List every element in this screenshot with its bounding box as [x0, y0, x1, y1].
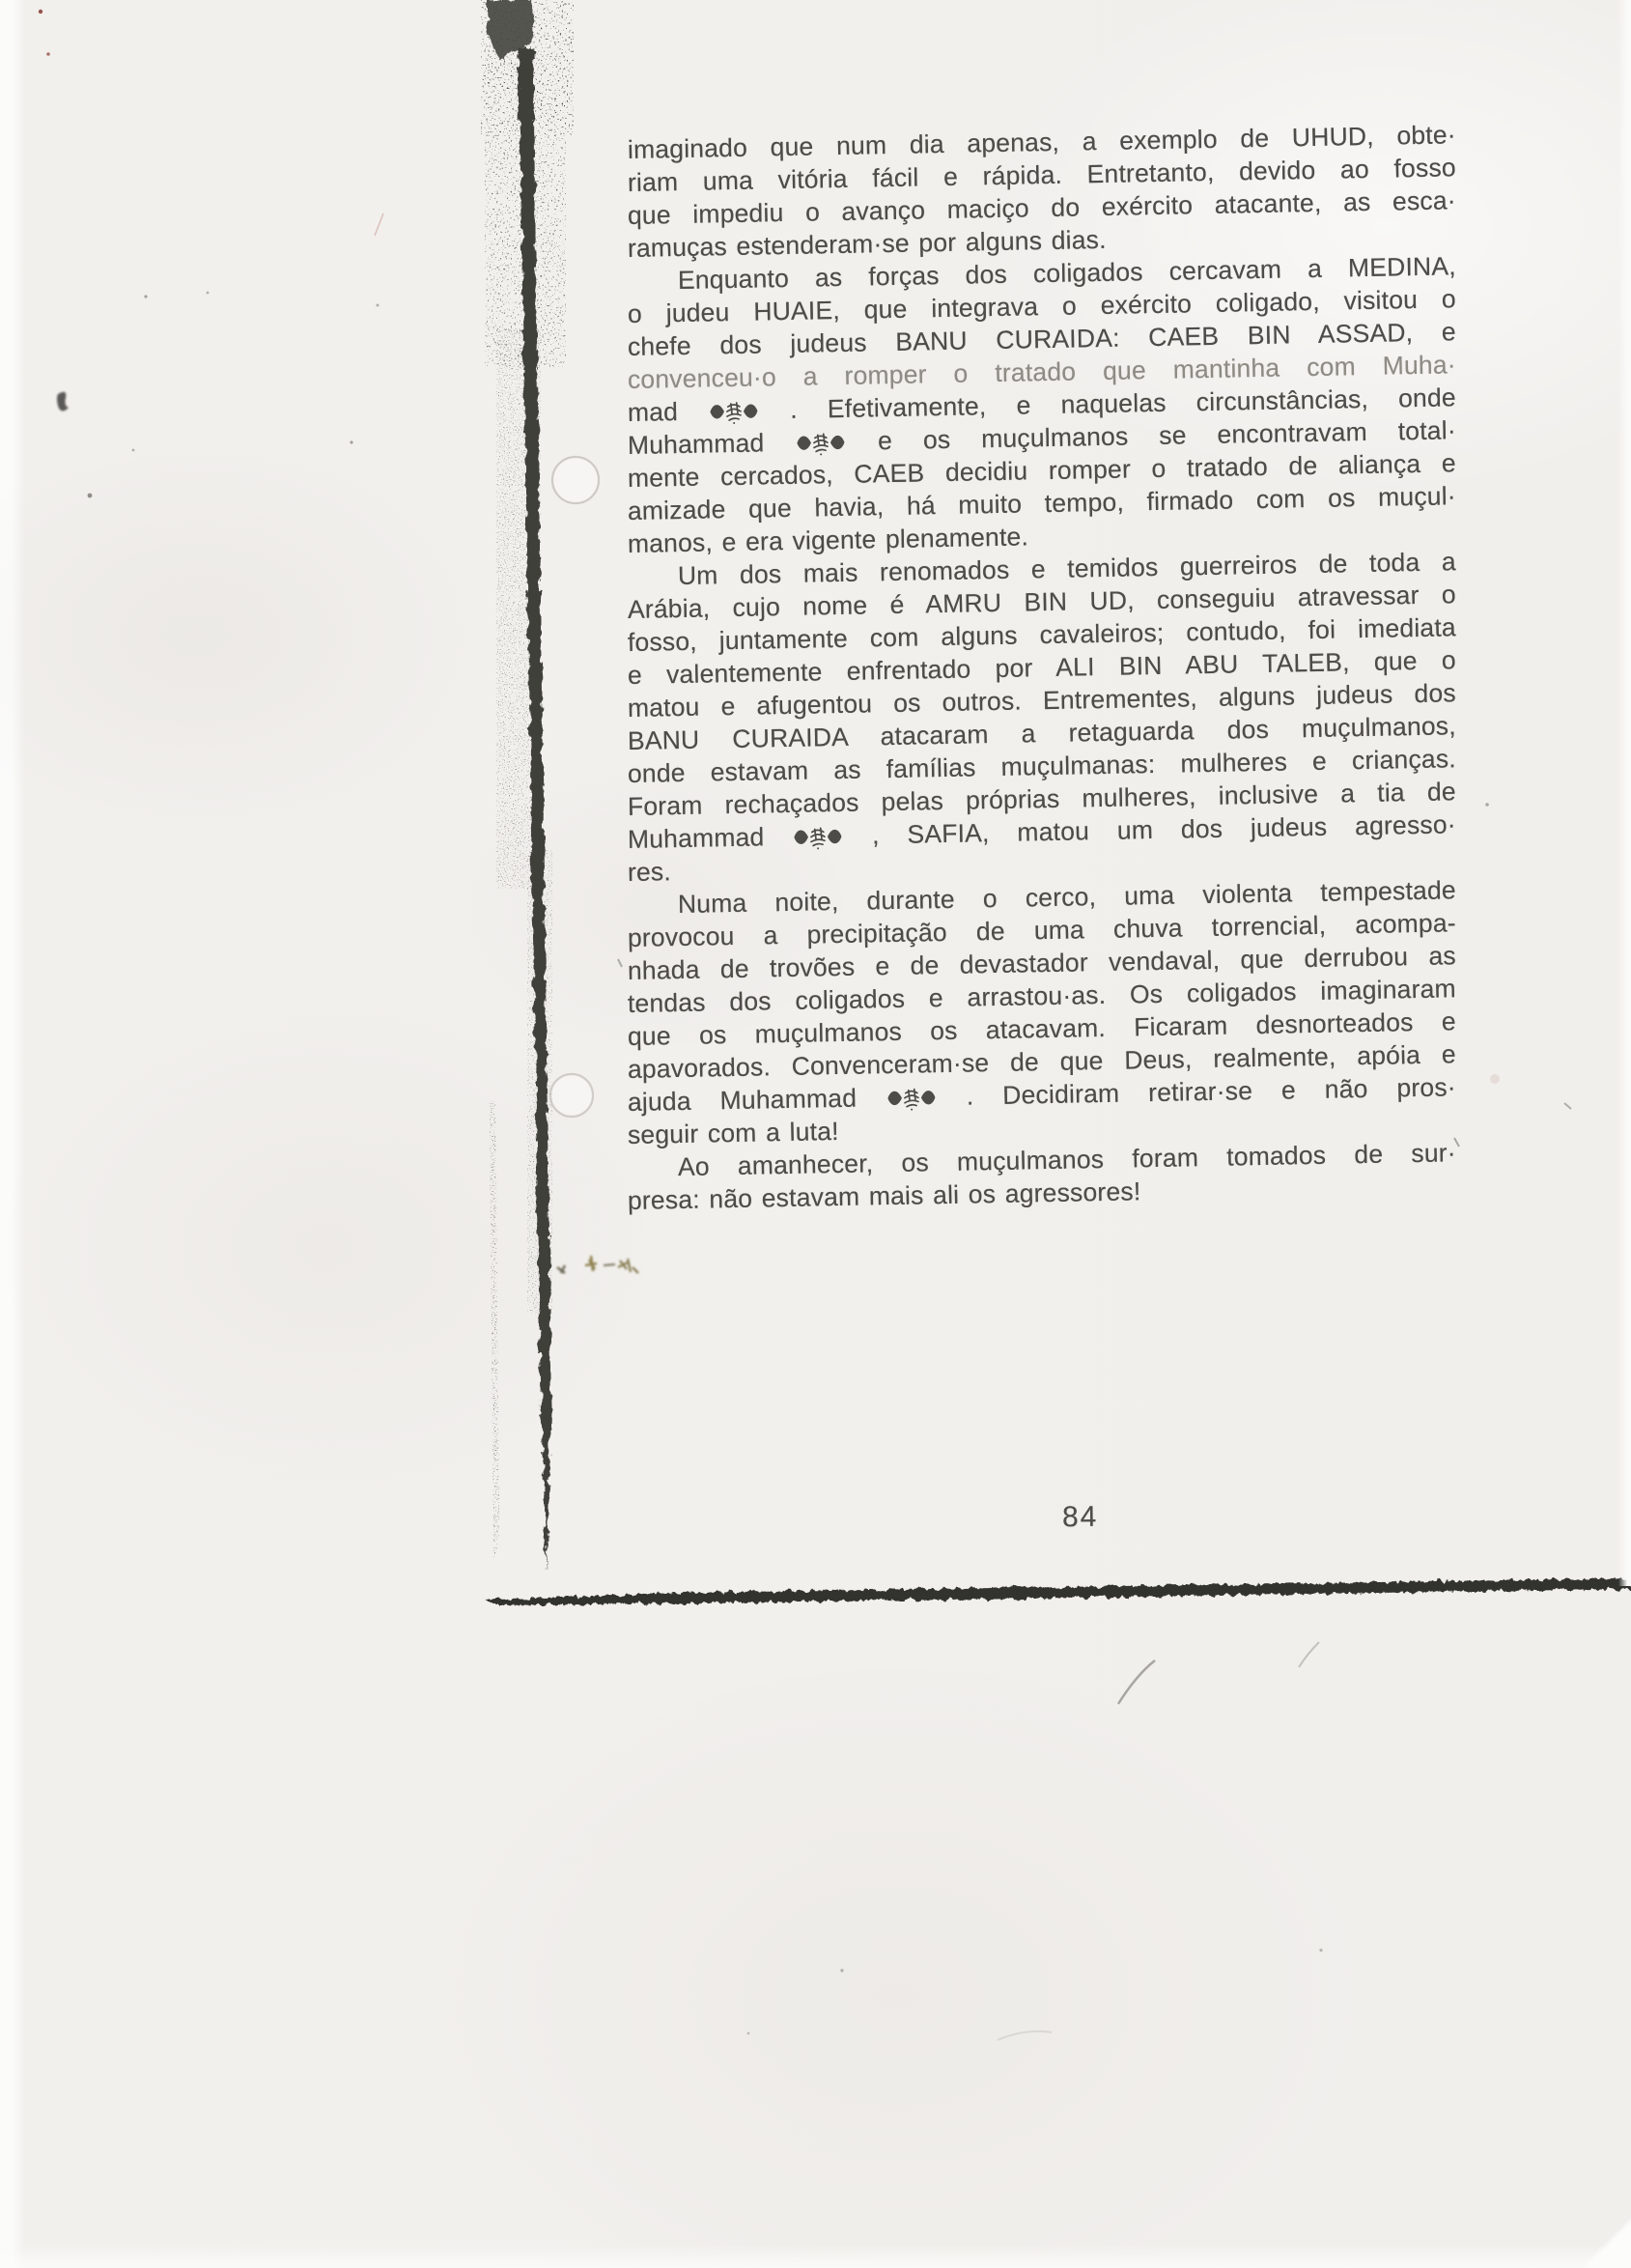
spine-speckle-band	[527, 850, 552, 1314]
paragraph: imaginado que num dia apenas, a exemplo …	[628, 133, 1456, 265]
paper-edge-right	[1618, 0, 1631, 1586]
red-speck	[39, 10, 42, 14]
pbuh-seal-icon	[794, 822, 843, 852]
punch-hole-mark	[550, 1074, 593, 1117]
pbuh-seal-icon	[797, 428, 846, 458]
text-block: imaginado que num dia apenas, a exemplo …	[628, 133, 1456, 1217]
pink-scratch	[375, 213, 383, 236]
scratch-mark	[1299, 1642, 1319, 1667]
pbuh-seal-icon	[887, 1083, 937, 1113]
speck-cluster	[557, 1256, 638, 1273]
spine-speckle-band	[496, 328, 541, 889]
paragraph: Numa noite, durante o cerco, uma violent…	[628, 889, 1456, 1151]
paragraph: Um dos mais renomados e temidos guerreir…	[628, 560, 1456, 889]
paragraph: Enquanto as forças dos coligados cercava…	[628, 265, 1456, 560]
punch-hole-mark	[552, 457, 599, 503]
scratch-mark	[1118, 1660, 1155, 1704]
spine-shadow	[481, 0, 574, 1573]
spine-shadow-bar	[519, 48, 551, 1573]
paragraph: Ao amanhecer, os muçulmanos foram tomado…	[628, 1151, 1456, 1217]
spine-shadow-cap	[488, 0, 534, 60]
page-edge-line	[486, 1578, 1631, 1605]
scanned-page: { "document": { "page_number": "84", "pa…	[0, 0, 1631, 2268]
page-number: 84	[1062, 1501, 1099, 1534]
spine-speckle-band	[485, 58, 566, 367]
spine-thin-line	[490, 1101, 499, 1559]
pbuh-seal-icon	[710, 397, 759, 427]
ink-smudge	[57, 392, 69, 411]
paper-edge-bottom	[0, 2245, 1631, 2268]
spine-speckle-band	[481, 0, 574, 135]
red-speck	[46, 52, 50, 56]
